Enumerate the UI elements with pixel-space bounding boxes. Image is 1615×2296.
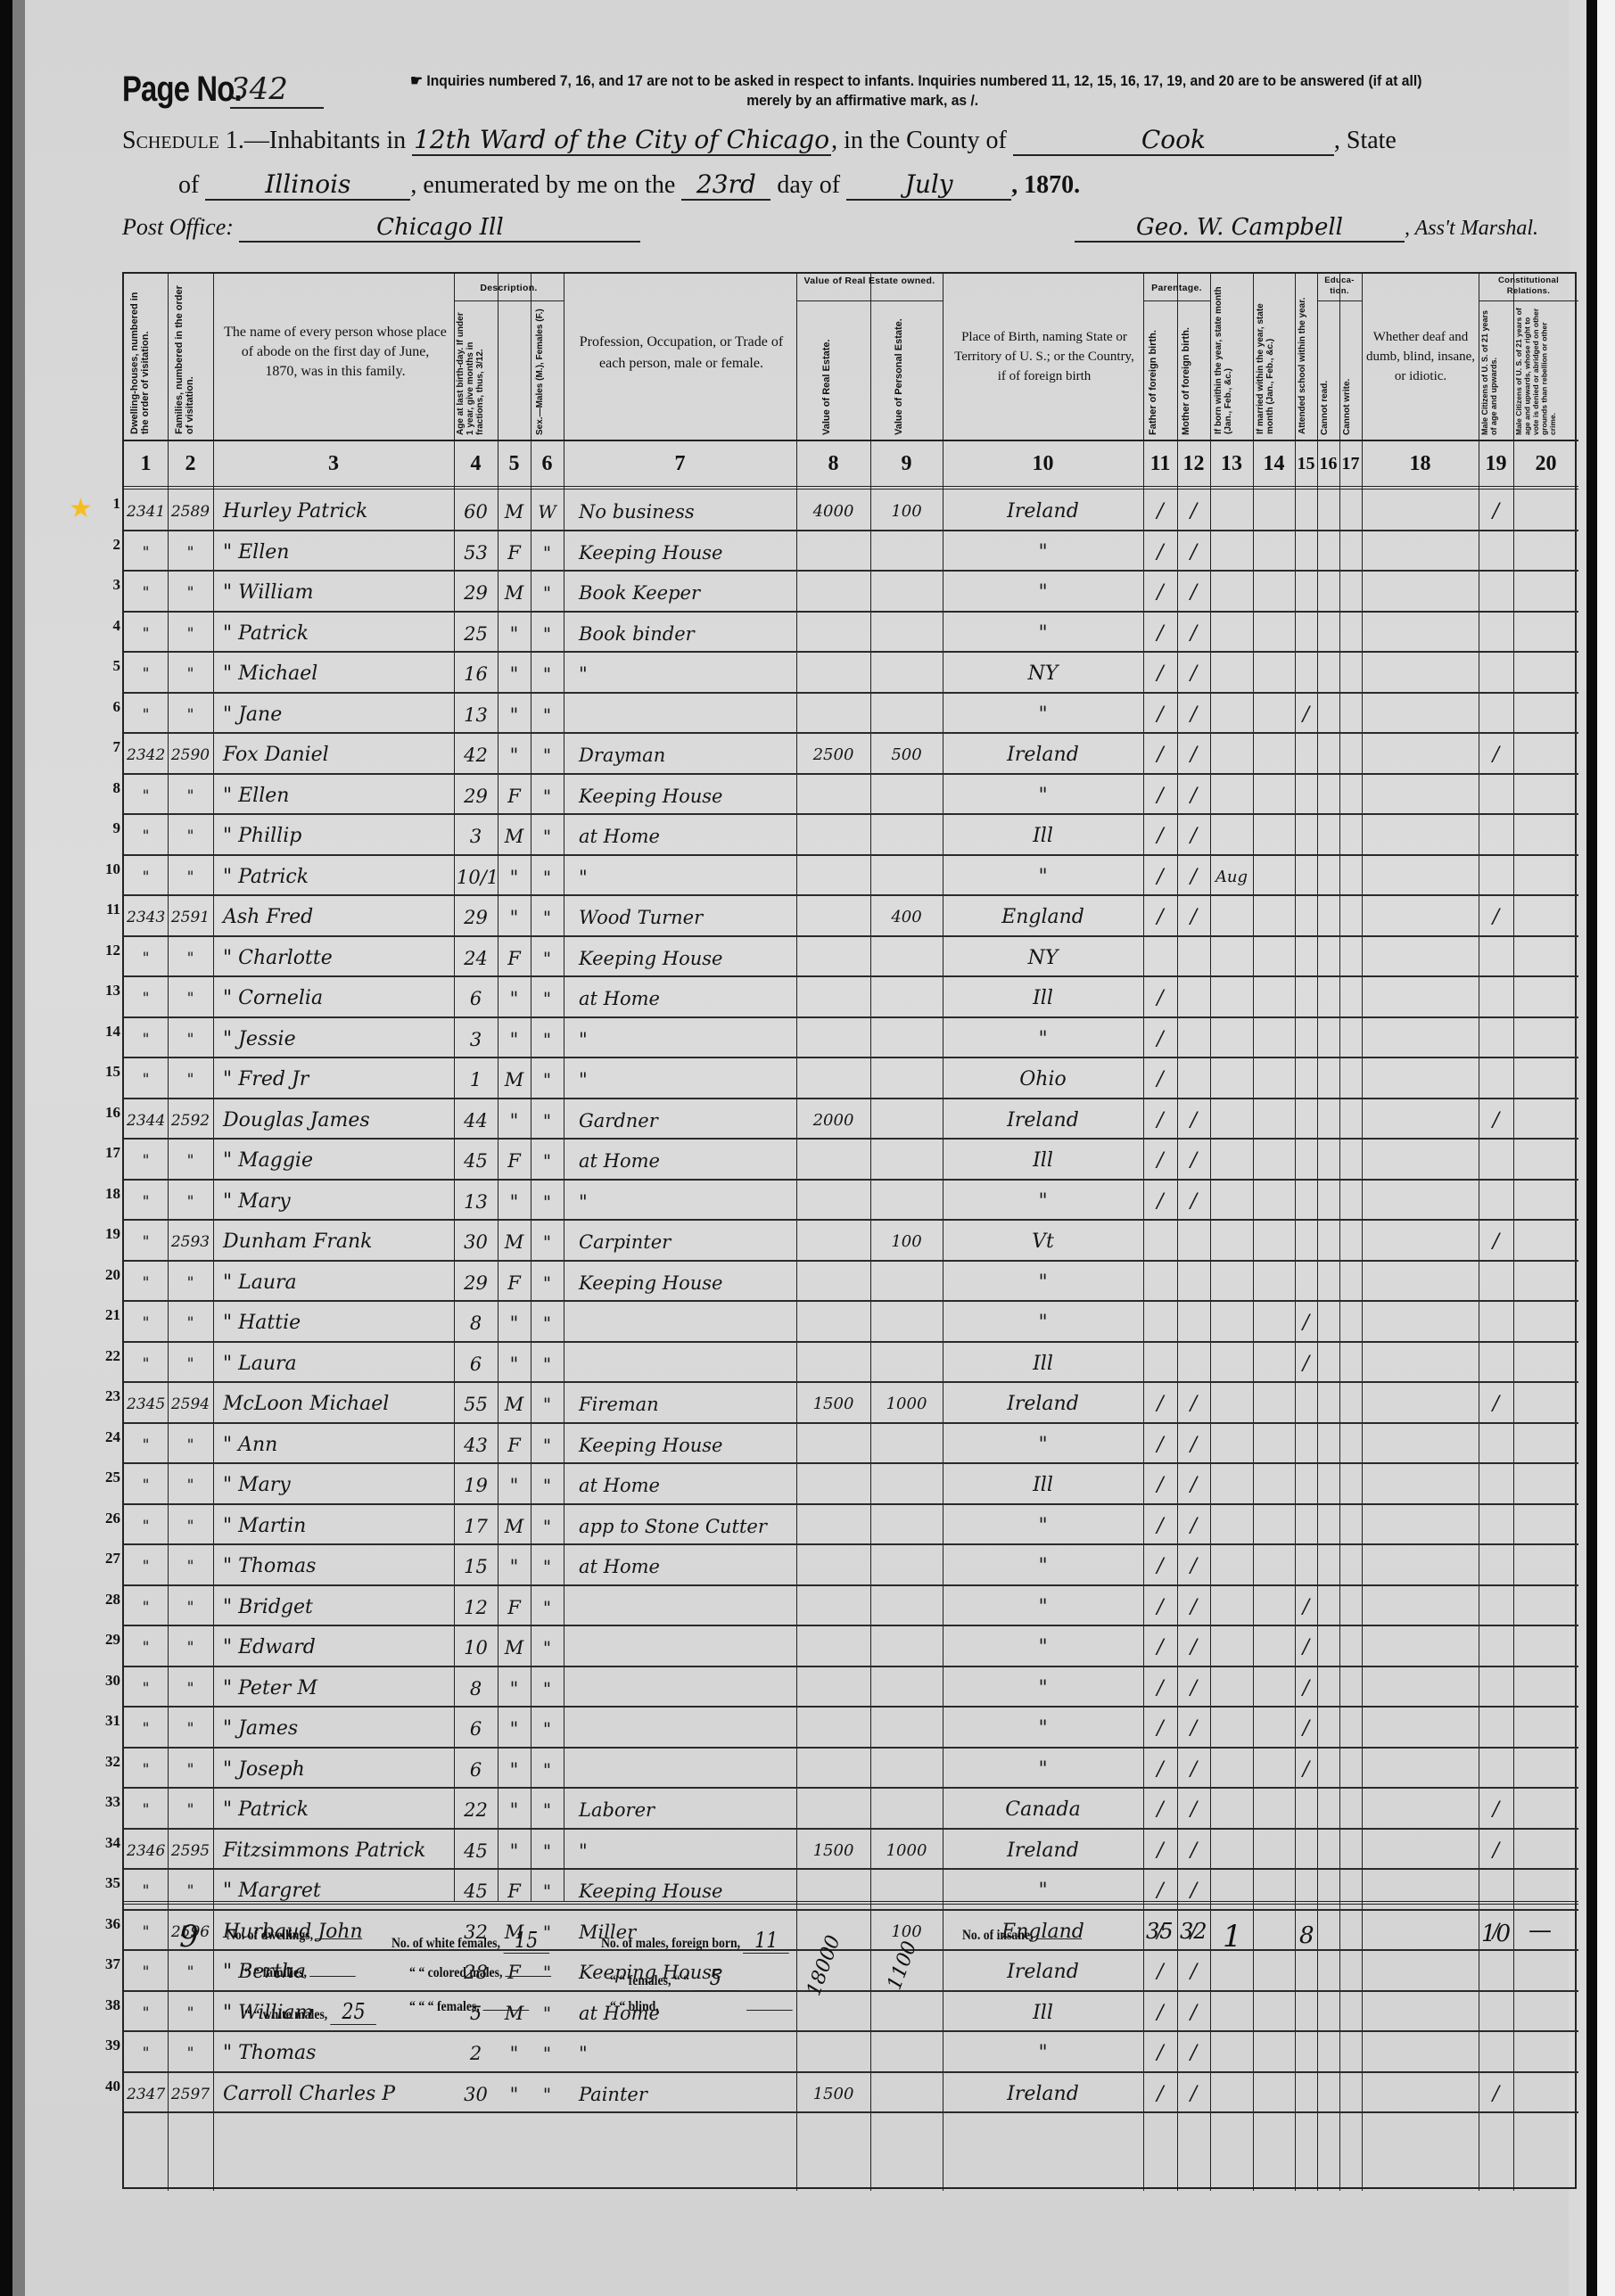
cell-name: " Ellen	[216, 531, 458, 570]
cell-born-month	[1213, 1505, 1250, 1543]
cell-married-month	[1256, 977, 1292, 1016]
cell-disability	[1364, 1708, 1476, 1746]
cell-age: 8	[457, 1302, 495, 1340]
cell-occupation: Keeping House	[566, 775, 806, 813]
cell-dwelling: "	[127, 1424, 165, 1462]
cell-married-month	[1256, 1221, 1292, 1259]
cell-born-month	[1213, 531, 1250, 570]
cell-dwelling: "	[127, 856, 165, 894]
cell-read	[1320, 1140, 1337, 1178]
cell-dwelling: "	[127, 1262, 165, 1300]
notice-line-2: merely by an affirmative mark, as /.	[410, 91, 1477, 111]
cell-married-month	[1256, 1383, 1292, 1421]
cell-read	[1320, 1181, 1337, 1219]
cell-disability	[1364, 1545, 1476, 1584]
row-line-number: 35	[97, 1873, 120, 1893]
cell-name: " Laura	[216, 1262, 458, 1300]
cell-father: /	[1146, 531, 1174, 570]
cell-color: "	[533, 1626, 561, 1665]
cell-birthplace: Ireland	[945, 734, 1141, 772]
cell-school	[1298, 653, 1314, 691]
cell-sex: "	[500, 1830, 528, 1868]
cell-personal	[873, 775, 940, 813]
cell-school	[1298, 1262, 1314, 1300]
cell-born-month	[1213, 1262, 1250, 1300]
cell-father: /	[1146, 1099, 1174, 1138]
cell-sex: "	[500, 977, 528, 1016]
cell-married-month	[1256, 1099, 1292, 1138]
group-description: Description.	[454, 283, 564, 293]
cell-color: "	[533, 1789, 561, 1827]
col16-header: Cannot read.	[1320, 306, 1338, 435]
cell-read	[1320, 1789, 1337, 1827]
table-row: 32""" Joseph6"""///	[124, 1749, 1578, 1790]
cell-real	[799, 1586, 868, 1625]
row-line-number: 7	[97, 737, 120, 757]
cell-dwelling: "	[127, 1302, 165, 1340]
cell-married-month	[1256, 734, 1292, 772]
cell-citizen: /	[1481, 1789, 1511, 1827]
cell-personal	[873, 1181, 940, 1219]
county-field: Cook	[1013, 125, 1334, 156]
scan-left-shadow	[12, 0, 25, 2296]
cell-name: " Maggie	[216, 1140, 458, 1178]
cell-family: "	[170, 613, 210, 651]
cell-birthplace: Ireland	[945, 490, 1141, 529]
cell-denied	[1516, 1464, 1576, 1502]
cell-real	[799, 2032, 868, 2070]
born-within-year-total: 1	[1223, 1919, 1242, 1954]
col-number: 18	[1362, 441, 1479, 486]
cell-school: /	[1298, 1708, 1314, 1746]
cell-real	[799, 1302, 868, 1340]
table-row: 1★23412589Hurley Patrick60MWNo business4…	[124, 490, 1578, 531]
row-line-number: 9	[97, 819, 120, 838]
row-line-number: 2	[97, 535, 120, 555]
cell-real	[799, 1058, 868, 1097]
cell-real	[799, 694, 868, 732]
row-line-number: 5	[97, 656, 120, 676]
cell-name: Carroll Charles P	[216, 2073, 458, 2111]
cell-citizen	[1481, 977, 1511, 1016]
cell-father: /	[1146, 1830, 1174, 1868]
cell-school	[1298, 1058, 1314, 1097]
cell-disability	[1364, 1586, 1476, 1625]
inquiries-notice: ☛ Inquiries numbered 7, 16, and 17 are n…	[410, 71, 1477, 111]
cell-age: 8	[457, 1667, 495, 1706]
cell-citizen	[1481, 775, 1511, 813]
cell-personal	[873, 1302, 940, 1340]
cell-disability	[1364, 2073, 1476, 2111]
cell-father: /	[1146, 1505, 1174, 1543]
cell-name: " Ann	[216, 1424, 458, 1462]
cell-read	[1320, 1343, 1337, 1381]
cell-birthplace: "	[945, 1545, 1141, 1584]
cell-age: 25	[457, 613, 495, 651]
cell-occupation	[566, 1586, 806, 1625]
page-number-label: Page No.	[122, 70, 242, 110]
cell-real	[799, 1505, 868, 1543]
cell-family: "	[170, 775, 210, 813]
cell-read	[1320, 1830, 1337, 1868]
cell-personal: 100	[873, 490, 940, 529]
cell-dwelling: 2344	[127, 1099, 165, 1138]
group-parentage: Parentage.	[1143, 283, 1210, 293]
cell-disability	[1364, 1383, 1476, 1421]
cell-personal	[873, 1545, 940, 1584]
cell-read	[1320, 937, 1337, 975]
row-line-number: 15	[97, 1062, 120, 1082]
cell-family: "	[170, 856, 210, 894]
cell-read	[1320, 1464, 1337, 1502]
cell-birthplace: NY	[945, 653, 1141, 691]
cell-citizen: /	[1481, 2073, 1511, 2111]
cell-sex: "	[500, 1018, 528, 1057]
page-number-value: 342	[230, 71, 324, 109]
cell-father: /	[1146, 1667, 1174, 1706]
cell-birthplace: "	[945, 613, 1141, 651]
cell-write	[1342, 775, 1359, 813]
cell-married-month	[1256, 1343, 1292, 1381]
cell-personal	[873, 2073, 940, 2111]
cell-real	[799, 531, 868, 570]
cell-married-month	[1256, 1140, 1292, 1178]
cell-mother: /	[1180, 572, 1207, 610]
cell-write	[1342, 937, 1359, 975]
cell-write	[1342, 1221, 1359, 1259]
row-line-number: 37	[97, 1954, 120, 1974]
cell-write	[1342, 1667, 1359, 1706]
cell-father: /	[1146, 1140, 1174, 1178]
cell-denied	[1516, 1018, 1576, 1057]
col3-header: The name of every person whose place of …	[224, 323, 447, 382]
cell-read	[1320, 490, 1337, 529]
cell-sex: M	[500, 1221, 528, 1259]
row-line-number: 39	[97, 2036, 120, 2055]
cell-age: 16	[457, 653, 495, 691]
cell-birthplace: Ill	[945, 1464, 1141, 1502]
row-line-number: 38	[97, 1996, 120, 2015]
cell-color: "	[533, 815, 561, 853]
cell-school: /	[1298, 1586, 1314, 1625]
cell-write	[1342, 1262, 1359, 1300]
cell-sex: "	[500, 856, 528, 894]
cell-citizen	[1481, 815, 1511, 853]
cell-school	[1298, 815, 1314, 853]
cell-married-month	[1256, 1424, 1292, 1462]
cell-personal	[873, 2032, 940, 2070]
cell-read	[1320, 1383, 1337, 1421]
cell-disability	[1364, 1181, 1476, 1219]
cell-family: "	[170, 1789, 210, 1827]
cell-school	[1298, 977, 1314, 1016]
cell-father: /	[1146, 694, 1174, 732]
cell-sex: M	[500, 1058, 528, 1097]
cell-mother: /	[1180, 815, 1207, 853]
cell-write	[1342, 856, 1359, 894]
cell-disability	[1364, 2032, 1476, 2070]
cell-read	[1320, 1058, 1337, 1097]
cell-real: 1500	[799, 2073, 868, 2111]
cell-citizen	[1481, 1626, 1511, 1665]
table-row: 10""" Patrick10/12""""//Aug	[124, 856, 1578, 897]
cell-citizen	[1481, 856, 1511, 894]
cell-dwelling: "	[127, 1708, 165, 1746]
col11-header: Father of foreign birth.	[1148, 306, 1173, 435]
cell-occupation: app to Stone Cutter	[566, 1505, 806, 1543]
cell-name: " Fred Jr	[216, 1058, 458, 1097]
cell-write	[1342, 572, 1359, 610]
cell-denied	[1516, 1302, 1576, 1340]
cell-read	[1320, 856, 1337, 894]
cell-write	[1342, 2032, 1359, 2070]
cell-family: "	[170, 815, 210, 853]
row-line-number: 11	[97, 900, 120, 919]
cell-dwelling: "	[127, 1343, 165, 1381]
row-line-number: 25	[97, 1468, 120, 1487]
cell-married-month	[1256, 1708, 1292, 1746]
cell-mother: /	[1180, 1626, 1207, 1665]
cell-married-month	[1256, 1667, 1292, 1706]
cell-name: " Hattie	[216, 1302, 458, 1340]
col-number: 7	[564, 441, 796, 486]
cell-age: 6	[457, 977, 495, 1016]
cell-citizen: /	[1481, 1383, 1511, 1421]
cell-born-month	[1213, 937, 1250, 975]
cell-born-month	[1213, 977, 1250, 1016]
cell-father: /	[1146, 653, 1174, 691]
cell-personal	[873, 1464, 940, 1502]
cell-mother	[1180, 1262, 1207, 1300]
cell-color: "	[533, 1140, 561, 1178]
col-number: 9	[870, 441, 943, 486]
cell-color: "	[533, 1505, 561, 1543]
cell-disability	[1364, 1221, 1476, 1259]
group-constitutional: Constitutional Relations.	[1479, 276, 1578, 297]
table-row: 1623442592Douglas James44""Gardner2000Ir…	[124, 1099, 1578, 1140]
col13-header: If born within the year, state month (Ja…	[1214, 283, 1249, 434]
county-label: , in the County of	[831, 127, 1007, 154]
cell-read	[1320, 613, 1337, 651]
cell-father: /	[1146, 1181, 1174, 1219]
cell-name: " Bridget	[216, 1586, 458, 1625]
cell-school	[1298, 1383, 1314, 1421]
cell-family: "	[170, 1343, 210, 1381]
group-value-estate: Value of Real Estate owned.	[796, 276, 943, 286]
table-row: 4023472597Carroll Charles P30""Painter15…	[124, 2073, 1578, 2114]
cell-denied	[1516, 856, 1576, 894]
cell-occupation: Book binder	[566, 613, 806, 651]
cell-write	[1342, 531, 1359, 570]
cell-birthplace: "	[945, 1262, 1141, 1300]
cell-occupation: Carpinter	[566, 1221, 806, 1259]
cell-read	[1320, 1626, 1337, 1665]
col7-header: Profession, Occupation, or Trade of each…	[574, 332, 788, 374]
cell-sex: "	[500, 1099, 528, 1138]
cell-mother: /	[1180, 613, 1207, 651]
cell-school	[1298, 531, 1314, 570]
cell-color: "	[533, 1749, 561, 1787]
cell-school: /	[1298, 694, 1314, 732]
cell-disability	[1364, 734, 1476, 772]
row-line-number: 12	[97, 941, 120, 960]
cell-married-month	[1256, 1789, 1292, 1827]
cell-mother: /	[1180, 1586, 1207, 1625]
cell-birthplace: "	[945, 856, 1141, 894]
cell-citizen: /	[1481, 896, 1511, 934]
cell-occupation: "	[566, 653, 806, 691]
cell-dwelling: "	[127, 1140, 165, 1178]
cell-father: /	[1146, 1424, 1174, 1462]
cell-birthplace: "	[945, 1302, 1141, 1340]
cell-birthplace: Ireland	[945, 1099, 1141, 1138]
table-row: 31""" James6"""///	[124, 1708, 1578, 1749]
table-row: 12""" Charlotte24F"Keeping HouseNY	[124, 937, 1578, 978]
col18-header: Whether deaf and dumb, blind, insane, or…	[1365, 327, 1476, 386]
table-row: 17""" Maggie45F"at HomeIll//	[124, 1140, 1578, 1181]
cell-birthplace: "	[945, 775, 1141, 813]
cell-dwelling: "	[127, 1545, 165, 1584]
cell-denied	[1516, 2073, 1576, 2111]
row-line-number: 34	[97, 1833, 120, 1853]
cell-age: 13	[457, 1181, 495, 1219]
cell-read	[1320, 572, 1337, 610]
cell-color: "	[533, 1099, 561, 1138]
cell-born-month	[1213, 1343, 1250, 1381]
cell-disability	[1364, 1262, 1476, 1300]
cell-disability	[1364, 1058, 1476, 1097]
col1-header: Dwelling-houses, numbered in the order o…	[129, 283, 163, 434]
cell-age: 6	[457, 1749, 495, 1787]
cell-real	[799, 1181, 868, 1219]
cell-personal: 500	[873, 734, 940, 772]
cell-color: "	[533, 1262, 561, 1300]
col19-header: Male Citizens of U. S. of 21 years of ag…	[1480, 306, 1512, 435]
cell-name: " Edward	[216, 1626, 458, 1665]
cell-write	[1342, 1424, 1359, 1462]
cell-married-month	[1256, 1262, 1292, 1300]
cell-disability	[1364, 1343, 1476, 1381]
cell-age: 6	[457, 1343, 495, 1381]
cell-born-month: Aug	[1213, 856, 1250, 894]
cell-occupation: Keeping House	[566, 937, 806, 975]
table-row: 13""" Cornelia6""at HomeIll/	[124, 977, 1578, 1018]
row-line-number: 24	[97, 1428, 120, 1447]
cell-school	[1298, 1181, 1314, 1219]
cell-name: " Michael	[216, 653, 458, 691]
cell-sex: "	[500, 1545, 528, 1584]
cell-born-month	[1213, 815, 1250, 853]
cell-mother: /	[1180, 734, 1207, 772]
cell-age: 24	[457, 937, 495, 975]
cell-denied	[1516, 775, 1576, 813]
post-office-line: Post Office: Chicago Ill	[122, 214, 640, 243]
cell-father: /	[1146, 815, 1174, 853]
cell-family: 2591	[170, 896, 210, 934]
cell-birthplace: "	[945, 694, 1141, 732]
cell-read	[1320, 1424, 1337, 1462]
cell-citizen	[1481, 1424, 1511, 1462]
row-line-number: 40	[97, 2077, 120, 2096]
cell-birthplace: "	[945, 1181, 1141, 1219]
cell-married-month	[1256, 653, 1292, 691]
cell-occupation: "	[566, 1830, 806, 1868]
cell-personal	[873, 1140, 940, 1178]
cell-birthplace: Ohio	[945, 1058, 1141, 1097]
cell-color: "	[533, 2073, 561, 2111]
cell-birthplace: Canada	[945, 1789, 1141, 1827]
cell-write	[1342, 694, 1359, 732]
cell-father: /	[1146, 1018, 1174, 1057]
cell-read	[1320, 1302, 1337, 1340]
cell-citizen	[1481, 1262, 1511, 1300]
table-row: 1123432591Ash Fred29""Wood Turner400Engl…	[124, 896, 1578, 937]
cell-color: "	[533, 1586, 561, 1625]
cell-denied	[1516, 1221, 1576, 1259]
cell-father: /	[1146, 775, 1174, 813]
cell-sex: "	[500, 1789, 528, 1827]
cell-dwelling: "	[127, 1789, 165, 1827]
cell-disability	[1364, 653, 1476, 691]
cell-age: 30	[457, 2073, 495, 2111]
cell-color: "	[533, 1018, 561, 1057]
cell-family: 2593	[170, 1221, 210, 1259]
cell-citizen	[1481, 572, 1511, 610]
cell-family: "	[170, 1424, 210, 1462]
cell-color: "	[533, 572, 561, 610]
cell-age: 45	[457, 1140, 495, 1178]
cell-family: "	[170, 1586, 210, 1625]
table-row: 3423462595Fitzsimmons Patrick45"""150010…	[124, 1830, 1578, 1871]
cell-father: /	[1146, 1708, 1174, 1746]
row-line-number: 4	[97, 616, 120, 636]
day-of-label: day of	[777, 171, 840, 199]
cell-citizen	[1481, 1464, 1511, 1502]
cell-read	[1320, 1099, 1337, 1138]
cell-name: " James	[216, 1708, 458, 1746]
cell-birthplace: Ireland	[945, 1830, 1141, 1868]
cell-real	[799, 1626, 868, 1665]
cell-name: " Patrick	[216, 1789, 458, 1827]
table-row: 26""" Martin17M"app to Stone Cutter"//	[124, 1505, 1578, 1546]
cell-family: "	[170, 977, 210, 1016]
cell-write	[1342, 1058, 1359, 1097]
cell-school	[1298, 937, 1314, 975]
cell-personal	[873, 1789, 940, 1827]
cell-disability	[1364, 1099, 1476, 1138]
cell-school	[1298, 775, 1314, 813]
cell-dwelling: 2341	[127, 490, 165, 529]
cell-birthplace: "	[945, 1586, 1141, 1625]
inhabitants-label: —Inhabitants in	[244, 127, 406, 154]
cell-real	[799, 1140, 868, 1178]
cell-mother: /	[1180, 1140, 1207, 1178]
cell-born-month	[1213, 1424, 1250, 1462]
cell-write	[1342, 1140, 1359, 1178]
cell-mother: /	[1180, 1545, 1207, 1584]
star-marker-icon: ★	[69, 496, 93, 523]
cell-citizen	[1481, 1343, 1511, 1381]
cell-school	[1298, 896, 1314, 934]
row-line-number: 31	[97, 1711, 120, 1731]
cell-school: /	[1298, 1302, 1314, 1340]
cell-married-month	[1256, 1830, 1292, 1868]
cell-denied	[1516, 531, 1576, 570]
col-number: 14	[1253, 441, 1295, 486]
cell-married-month	[1256, 1545, 1292, 1584]
cell-disability	[1364, 1424, 1476, 1462]
cell-father: /	[1146, 1464, 1174, 1502]
